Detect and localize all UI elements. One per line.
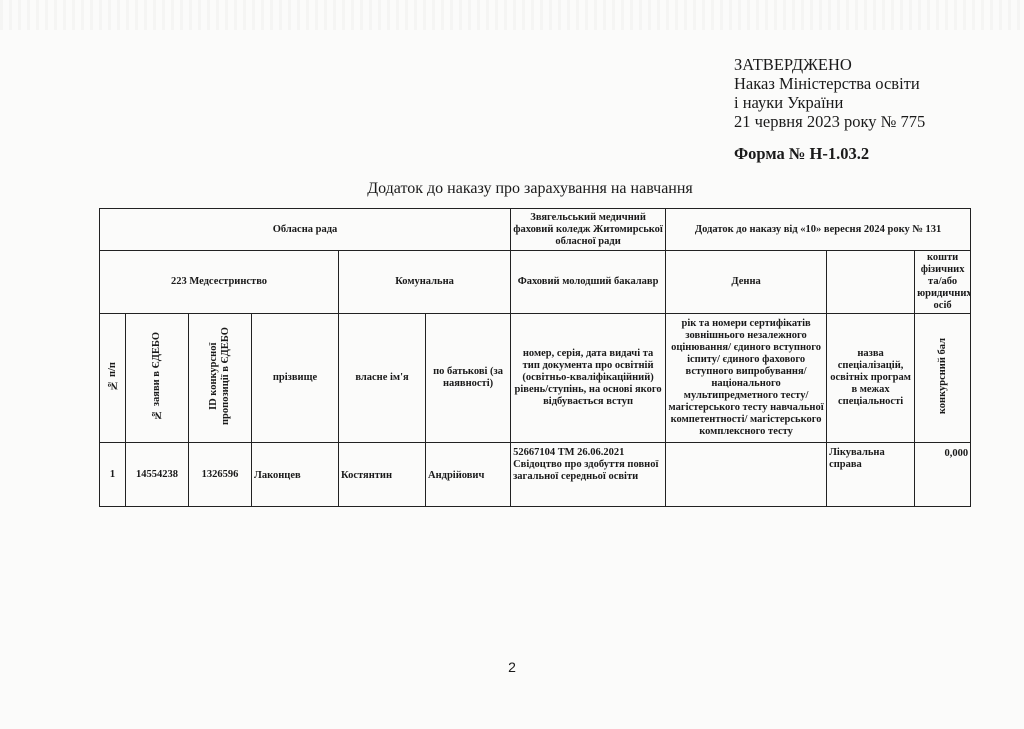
approval-line-1: Наказ Міністерства освіти: [734, 74, 925, 93]
col-first-name-header: власне ім'я: [339, 314, 426, 443]
header-row-council: Обласна рада Звягельський медичний фахов…: [100, 209, 971, 251]
empty-cell: [827, 251, 915, 314]
col-score-label: конкурсний бал: [937, 338, 949, 414]
header-row-specialty: 223 Медсестринство Комунальна Фаховий мо…: [100, 251, 971, 314]
ownership-cell: Комунальна: [339, 251, 511, 314]
approval-line-2: і науки України: [734, 93, 925, 112]
col-num-label: № п/п: [107, 362, 119, 391]
col-offer-id-label: ID конкурсної пропозиції в ЄДЕБО: [208, 318, 232, 434]
col-patronymic-header: по батькові (за наявності): [426, 314, 511, 443]
cell-first-name: Костянтин: [339, 443, 426, 507]
col-application-header: № заяви в ЄДЕБО: [126, 314, 189, 443]
col-offer-id-header: ID конкурсної пропозиції в ЄДЕБО: [189, 314, 252, 443]
document-title: Додаток до наказу про зарахування на нав…: [0, 180, 1024, 198]
col-document-header: номер, серія, дата видачі та тип докумен…: [511, 314, 666, 443]
scan-artifact: [0, 0, 1024, 30]
col-application-label: № заяви в ЄДЕБО: [151, 332, 163, 420]
enrollment-table: Обласна рада Звягельський медичний фахов…: [99, 208, 971, 507]
table-row: 1 14554238 1326596 Лаконцев Костянтин Ан…: [100, 443, 971, 507]
cell-document: 52667104 ТМ 26.06.2021 Свідоцтво про здо…: [511, 443, 666, 507]
council-cell: Обласна рада: [100, 209, 511, 251]
cell-specialization: Лікувальна справа: [827, 443, 915, 507]
approval-block: ЗАТВЕРДЖЕНО Наказ Міністерства освіти і …: [734, 55, 925, 131]
cell-score: 0,000: [915, 443, 971, 507]
col-specialization-header: назва спеціалізацій, освітніх програм в …: [827, 314, 915, 443]
funding-cell: кошти фізичних та/або юридичних осіб: [915, 251, 971, 314]
col-num-header: № п/п: [100, 314, 126, 443]
order-reference-cell: Додаток до наказу від «10» вересня 2024 …: [666, 209, 971, 251]
cell-offer-id: 1326596: [189, 443, 252, 507]
cell-num: 1: [100, 443, 126, 507]
col-certificates-header: рік та номери сертифікатів зовнішнього н…: [666, 314, 827, 443]
approval-line-3: 21 червня 2023 року № 775: [734, 112, 925, 131]
cell-patronymic: Андрійович: [426, 443, 511, 507]
cell-surname: Лаконцев: [252, 443, 339, 507]
col-surname-header: прізвище: [252, 314, 339, 443]
form-number: Форма № Н-1.03.2: [734, 144, 869, 164]
page-number: 2: [0, 659, 1024, 675]
cell-certificates: [666, 443, 827, 507]
column-header-row: № п/п № заяви в ЄДЕБО ID конкурсної проп…: [100, 314, 971, 443]
degree-cell: Фаховий молодший бакалавр: [511, 251, 666, 314]
cell-application-no: 14554238: [126, 443, 189, 507]
institution-cell: Звягельський медичний фаховий коледж Жит…: [511, 209, 666, 251]
col-score-header: конкурсний бал: [915, 314, 971, 443]
study-form-cell: Денна: [666, 251, 827, 314]
specialty-cell: 223 Медсестринство: [100, 251, 339, 314]
approval-stamp: ЗАТВЕРДЖЕНО: [734, 55, 925, 74]
